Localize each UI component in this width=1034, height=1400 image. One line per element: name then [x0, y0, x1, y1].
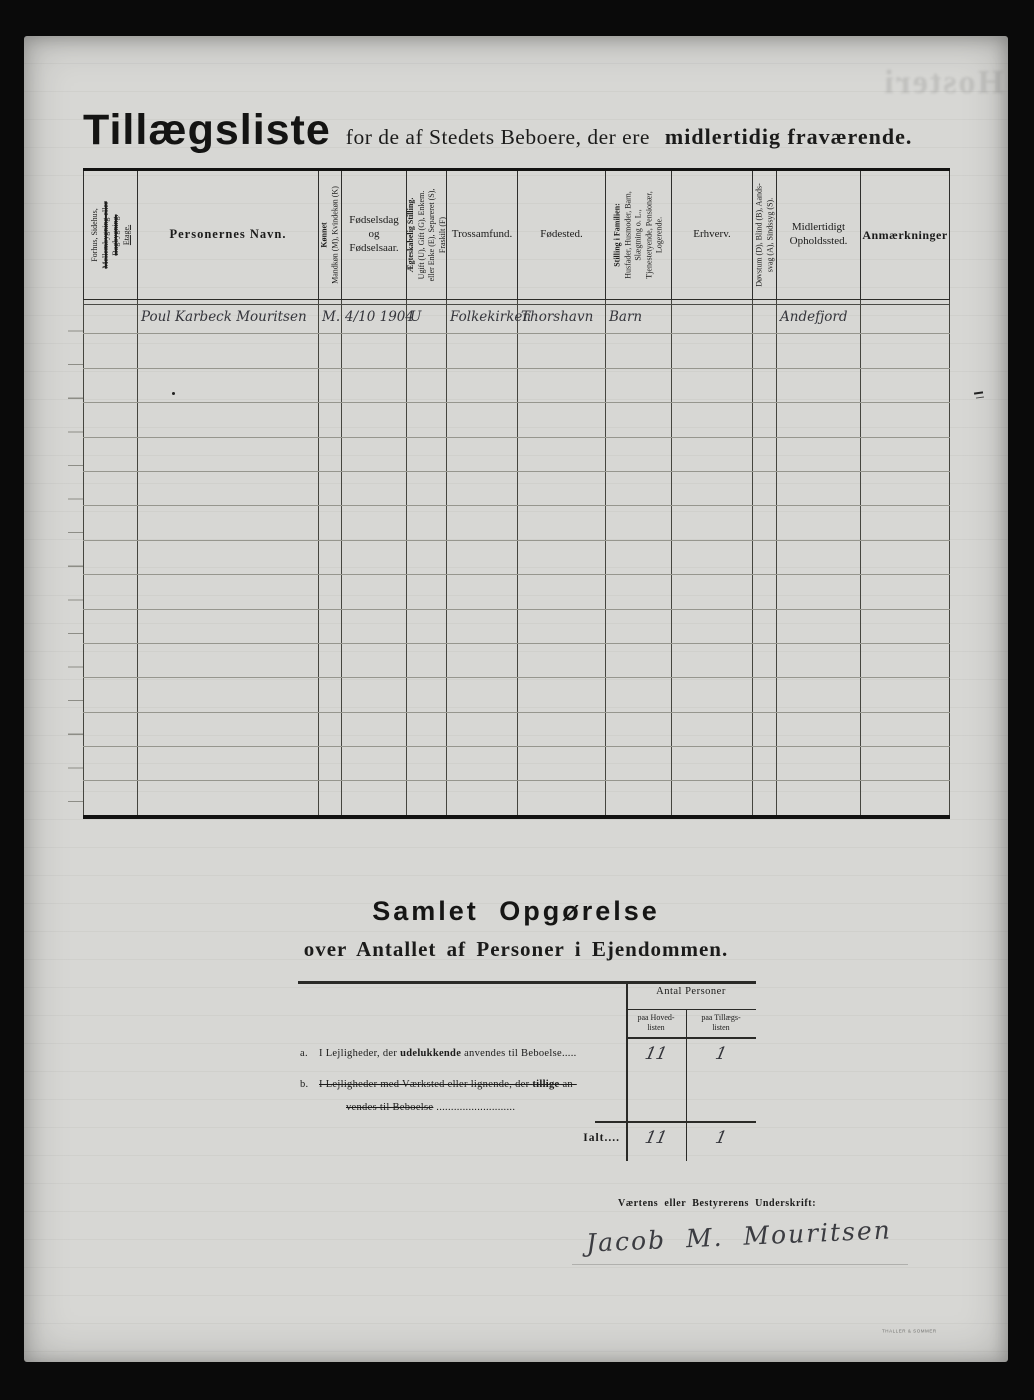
header-temporary-residence: Midlertidigt Opholdssted.: [777, 170, 861, 300]
table-row-empty: [84, 368, 950, 402]
header-line: Ugift (U), Gift (G), Enkem.: [416, 174, 427, 296]
scanned-census-page: Hosteri Tillægsliste for de af Stedets B…: [24, 36, 1008, 1362]
table-row-empty: [84, 540, 950, 574]
summary-row-b-text-line1: I Lejligheder med Værksted eller lignend…: [319, 1079, 577, 1090]
bleedthrough-text: Hosteri: [784, 64, 1004, 102]
header-line-struck: Bagbygning.: [111, 174, 122, 296]
header-line: eller Enke (E), Separeret (S),: [427, 174, 438, 296]
summary-row-a-label: a.: [300, 1048, 308, 1059]
table-row-empty: [84, 609, 950, 643]
census-table: Forhus, Sidehus, Mellembygning eller Bag…: [83, 168, 950, 819]
header-family-position: Stilling i Familien: Husfader, Husmoder,…: [606, 170, 672, 300]
table-row-empty: [84, 643, 950, 677]
summary-subheading: over Antallet af Personer i Ejendommen.: [24, 937, 1008, 962]
header-birthplace: Fødested.: [518, 170, 606, 300]
table-row-empty: [84, 712, 950, 746]
summary-total-hovedlisten: 11: [624, 1128, 688, 1148]
summary-rule-under-subheaders: [626, 1037, 756, 1039]
header-name: Personernes Navn.: [138, 170, 319, 300]
page-title: Tillægsliste for de af Stedets Beboere, …: [83, 106, 912, 155]
header-birthdate: Fødselsdag og Fødselsaar.: [342, 170, 407, 300]
table-row-empty: [84, 334, 950, 368]
header-line: Slægtning o. L.,: [633, 174, 644, 296]
header-line: Ægteskabelig Stilling.: [405, 174, 416, 296]
header-line: Forhus, Sidehus,: [89, 174, 100, 296]
header-line: Tjenestetyende, Pensionær,: [644, 174, 655, 296]
header-line: Logerende.: [654, 174, 665, 296]
title-subtitle-bold: midlertidig fraværende.: [665, 124, 912, 150]
header-line: Husfader, Husmoder, Barn,: [623, 174, 634, 296]
printer-mark: THALLER & SOMMER: [882, 1329, 937, 1334]
ink-speck: [172, 392, 175, 395]
header-line: Mandkøn (M), Kvindekøn (K): [330, 174, 341, 296]
summary-top-rule: [298, 981, 756, 984]
table-row-empty: [84, 575, 950, 609]
table-row-empty: [84, 471, 950, 505]
table-row-empty: [84, 437, 950, 471]
summary-row-b-text-line2: vendes til Beboelse ....................…: [346, 1102, 515, 1113]
table-row-empty: [84, 781, 950, 817]
summary-value-a-tillaegslisten: 1: [684, 1044, 758, 1064]
table-row-empty: [84, 678, 950, 712]
census-table-body: Poul Karbeck Mouritsen M. 4/10 1904 U Fo…: [84, 300, 950, 817]
summary-row-b-label: b.: [300, 1079, 308, 1090]
margin-mark: [974, 391, 983, 394]
summary-rule-under-group: [626, 1009, 756, 1010]
row-line-overhang: [68, 298, 84, 816]
title-main: Tillægsliste: [83, 106, 331, 155]
header-double-rule: [83, 304, 949, 305]
summary-total-tillaegslisten: 1: [684, 1128, 758, 1148]
table-row-empty: [84, 747, 950, 781]
signature-underline: [572, 1264, 908, 1265]
summary-value-a-hovedlisten: 11: [624, 1044, 688, 1064]
header-disability: Døvstum (D), Blind (B), Aands- svag (A),…: [753, 170, 777, 300]
header-remarks: Anmærkninger: [861, 170, 950, 300]
summary-heading: Samlet Opgørelse: [24, 896, 1008, 927]
header-row: Forhus, Sidehus, Mellembygning eller Bag…: [84, 170, 950, 300]
margin-mark: [976, 396, 984, 398]
header-line: Etage.: [121, 174, 132, 296]
title-subtitle: for de af Stedets Beboere, der ere: [346, 125, 650, 150]
summary-row-a-text: I Lejligheder, der udelukkende anvendes …: [319, 1048, 577, 1059]
summary-total-label: Ialt....: [464, 1132, 620, 1144]
header-line: Døvstum (D), Blind (B), Aands-: [754, 174, 765, 296]
header-line: Fraskilt (F): [437, 174, 448, 296]
summary-col-tillaegslisten: paa Tillægs- listen: [686, 1013, 756, 1033]
signature-handwritten: Jacob M. Mouritsen: [586, 1215, 893, 1257]
header-line: svag (A), Sindssyg (S).: [765, 174, 776, 296]
header-line: Kønnet: [319, 174, 330, 296]
header-line-struck: Mellembygning eller: [100, 174, 111, 296]
table-row-empty: [84, 403, 950, 437]
header-line: Stilling i Familien:: [612, 174, 623, 296]
signature-label: Værtens eller Bestyrerens Underskrift:: [618, 1198, 816, 1209]
header-faith: Trossamfund.: [447, 170, 518, 300]
header-marital-status: Ægteskabelig Stilling. Ugift (U), Gift (…: [407, 170, 447, 300]
summary-col-hovedlisten: paa Hoved- listen: [626, 1013, 686, 1033]
header-building-type: Forhus, Sidehus, Mellembygning eller Bag…: [84, 170, 138, 300]
header-sex: Kønnet Mandkøn (M), Kvindekøn (K): [319, 170, 342, 300]
summary-rule-above-total: [595, 1121, 756, 1123]
table-row-empty: [84, 506, 950, 540]
summary-col-group-label: Antal Personer: [626, 986, 756, 997]
header-occupation: Erhverv.: [672, 170, 753, 300]
